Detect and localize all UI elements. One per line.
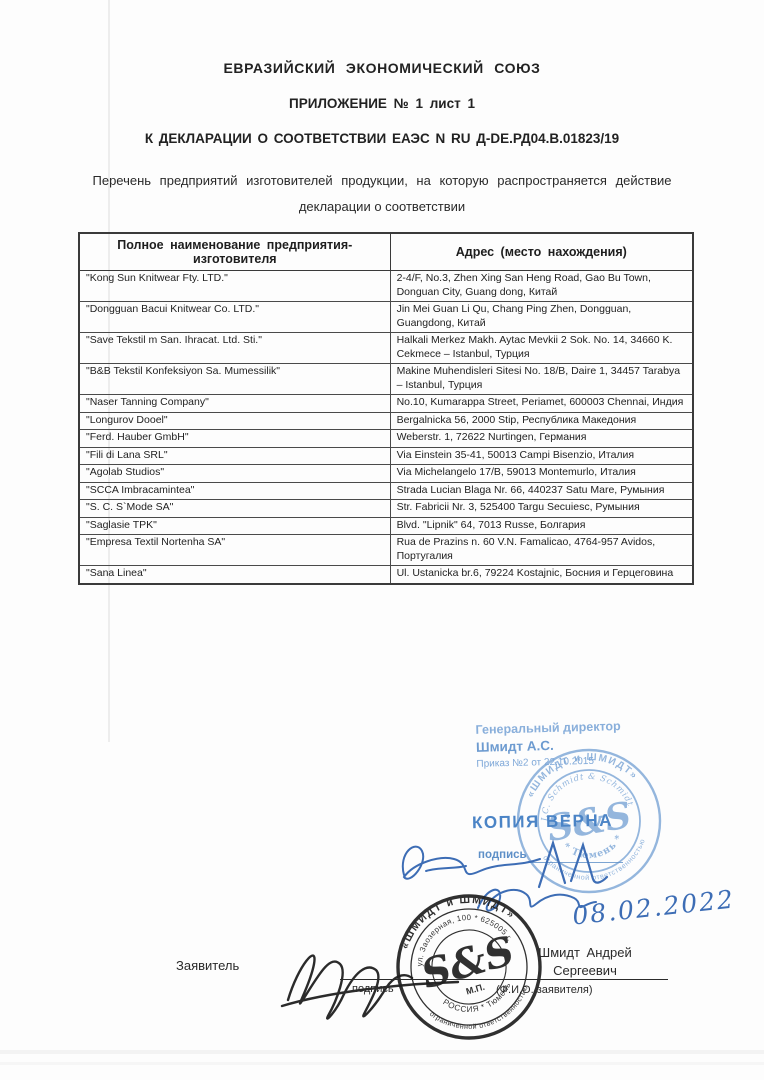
- table-row: "S. C. S`Mode SA"Str. Fabricii Nr. 3, 52…: [79, 500, 693, 518]
- manufacturer-name-cell: "Longurov Dooel": [79, 412, 390, 430]
- table-row: "Save Tekstil m San. Ihracat. Ltd. Sti."…: [79, 333, 693, 364]
- manufacturer-name-cell: "Save Tekstil m San. Ihracat. Ltd. Sti.": [79, 333, 390, 364]
- manufacturers-table: Полное наименование предприятия-изготови…: [78, 232, 694, 585]
- applicant-label: Заявитель: [176, 958, 239, 973]
- manufacturer-name-cell: "Agolab Studios": [79, 465, 390, 483]
- signature-label-black: подпись: [352, 983, 394, 995]
- manufacturer-name-cell: "S. C. S`Mode SA": [79, 500, 390, 518]
- annex-subtitle: ПРИЛОЖЕНИЕ № 1 лист 1: [0, 96, 764, 111]
- table-row: "SCCA Imbracamintea"Strada Lucian Blaga …: [79, 482, 693, 500]
- manufacturer-name-cell: "Naser Tanning Company": [79, 395, 390, 413]
- copy-verna-stamp: КОПИЯ ВЕРНА: [472, 811, 613, 833]
- manufacturer-address-cell: Rua de Prazins n. 60 V.N. Famalicao, 476…: [390, 535, 693, 566]
- manufacturer-address-cell: Via Michelangelo 17/B, 59013 Montemurlo,…: [390, 465, 693, 483]
- table-header-row: Полное наименование предприятия-изготови…: [79, 233, 693, 271]
- manufacturer-address-cell: Halkali Merkez Makh. Aytac Mevkii 2 Sok.…: [390, 333, 693, 364]
- manufacturer-name-cell: "Empresa Textil Nortenha SA": [79, 535, 390, 566]
- manufacturer-address-cell: Bergalnicka 56, 2000 Stip, Республика Ма…: [390, 412, 693, 430]
- manufacturer-address-cell: No.10, Kumarappa Street, Periamet, 60000…: [390, 395, 693, 413]
- table-row: "Empresa Textil Nortenha SA"Rua de Prazi…: [79, 535, 693, 566]
- column-header-manufacturer: Полное наименование предприятия-изготови…: [79, 233, 390, 271]
- manufacturer-name-cell: "Dongguan Bacui Knitwear Co. LTD.": [79, 302, 390, 333]
- table-row: "Ferd. Hauber GmbH"Weberstr. 1, 72622 Nu…: [79, 430, 693, 448]
- table-row: "Kong Sun Knitwear Fty. LTD."2-4/F, No.3…: [79, 271, 693, 302]
- manufacturer-address-cell: Blvd. "Lipnik" 64, 7013 Russe, Болгария: [390, 517, 693, 535]
- manufacturer-name-cell: "SCCA Imbracamintea": [79, 482, 390, 500]
- scan-artifact-band: [0, 1062, 764, 1065]
- manufacturer-address-cell: Makine Muhendisleri Sitesi No. 18/B, Dai…: [390, 364, 693, 395]
- manufacturer-name-cell: "Kong Sun Knitwear Fty. LTD.": [79, 271, 390, 302]
- manufacturers-tbody: "Kong Sun Knitwear Fty. LTD."2-4/F, No.3…: [79, 271, 693, 584]
- table-row: "Sana Linea"Ul. Ustanicka br.6, 79224 Ko…: [79, 566, 693, 584]
- table-row: "Longurov Dooel"Bergalnicka 56, 2000 Sti…: [79, 412, 693, 430]
- scan-artifact-band: [0, 1050, 764, 1054]
- intro-paragraph-line2: декларации о соответствии: [0, 199, 764, 214]
- declaration-number-line: К ДЕКЛАРАЦИИ О СООТВЕТСТВИИ ЕАЭС N RU Д-…: [0, 131, 764, 146]
- manufacturer-name-cell: "Fili di Lana SRL": [79, 447, 390, 465]
- column-header-address: Адрес (место нахождения): [390, 233, 693, 271]
- manufacturers-table-wrap: Полное наименование предприятия-изготови…: [78, 232, 694, 585]
- document-page: ЕВРАЗИЙСКИЙ ЭКОНОМИЧЕСКИЙ СОЮЗ ПРИЛОЖЕНИ…: [0, 0, 764, 1080]
- applicant-name-line1: Шмидт Андрей: [500, 944, 670, 962]
- manufacturer-address-cell: Via Einstein 35-41, 50013 Campi Bisenzio…: [390, 447, 693, 465]
- manufacturer-address-cell: Ul. Ustanicka br.6, 79224 Kostajnic, Бос…: [390, 566, 693, 584]
- applicant-name-line2: Сергеевич: [500, 962, 670, 980]
- intro-paragraph-line1: Перечень предприятий изготовителей проду…: [0, 173, 764, 188]
- manufacturer-address-cell: Str. Fabricii Nr. 3, 525400 Targu Secuie…: [390, 500, 693, 518]
- manufacturer-name-cell: "B&B Tekstil Konfeksiyon Sa. Mumessilik": [79, 364, 390, 395]
- manufacturer-address-cell: Weberstr. 1, 72622 Nurtingen, Германия: [390, 430, 693, 448]
- manufacturer-name-cell: "Ferd. Hauber GmbH": [79, 430, 390, 448]
- manufacturer-name-cell: "Sana Linea": [79, 566, 390, 584]
- applicant-name-block: Шмидт Андрей Сергеевич: [500, 944, 670, 980]
- manufacturer-name-cell: "Saglasie TPK": [79, 517, 390, 535]
- document-title: ЕВРАЗИЙСКИЙ ЭКОНОМИЧЕСКИЙ СОЮЗ: [0, 60, 764, 76]
- table-row: "Saglasie TPK"Blvd. "Lipnik" 64, 7013 Ru…: [79, 517, 693, 535]
- table-row: "Agolab Studios"Via Michelangelo 17/B, 5…: [79, 465, 693, 483]
- manufacturer-address-cell: 2-4/F, No.3, Zhen Xing San Heng Road, Ga…: [390, 271, 693, 302]
- manufacturer-address-cell: Jin Mei Guan Li Qu, Chang Ping Zhen, Don…: [390, 302, 693, 333]
- table-row: "Naser Tanning Company"No.10, Kumarappa …: [79, 395, 693, 413]
- table-row: "Fili di Lana SRL"Via Einstein 35-41, 50…: [79, 447, 693, 465]
- applicant-name-caption: (Ф.И.О. заявителя): [496, 984, 593, 996]
- table-row: "Dongguan Bacui Knitwear Co. LTD."Jin Me…: [79, 302, 693, 333]
- manufacturer-address-cell: Strada Lucian Blaga Nr. 66, 440237 Satu …: [390, 482, 693, 500]
- table-row: "B&B Tekstil Konfeksiyon Sa. Mumessilik"…: [79, 364, 693, 395]
